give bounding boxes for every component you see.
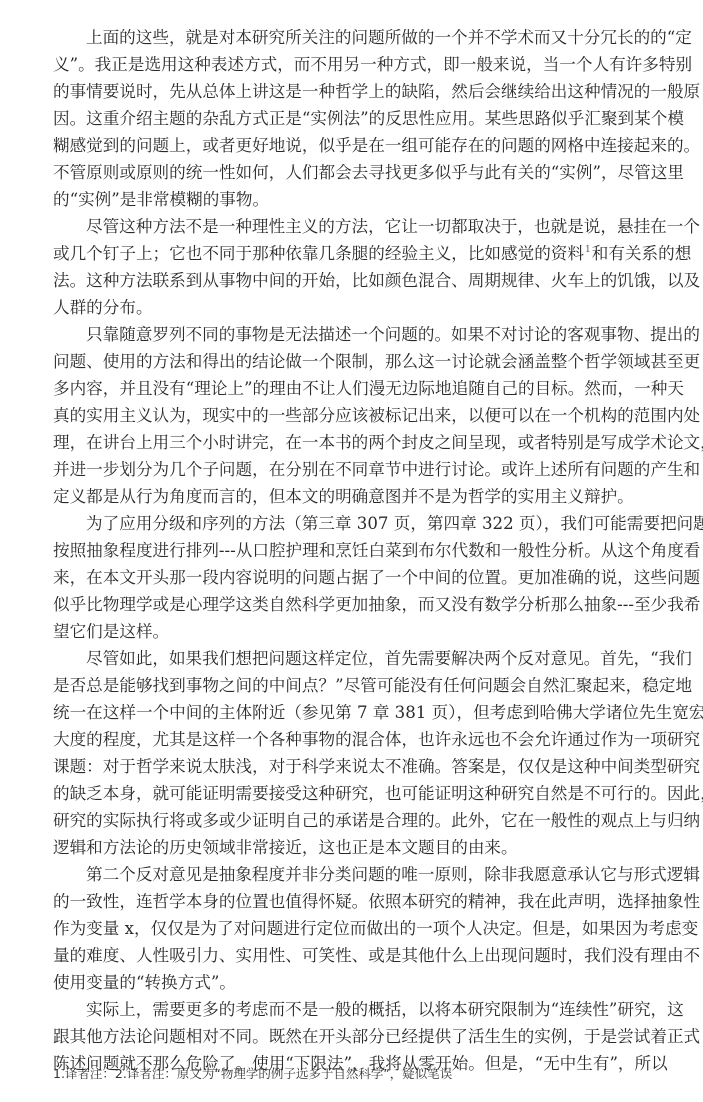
text-line: 的一致性，连哲学本身的位置也值得怀疑。依照本研究的精神，我在此声明，选择抽象性 [53,888,653,915]
paragraph-1: 上面的这些，就是对本研究所关注的问题所做的一个并不学术而又十分冗长的的“定 义”… [53,24,653,213]
text-line: 跟其他方法论问题相对不同。既然在开头部分已经提供了活生生的实例，于是尝试着正式 [53,1023,653,1050]
text-line: 的“实例”是非常模糊的事物。 [53,186,653,213]
text-line: 研究的实际执行将或多或少证明自己的承诺是合理的。此外，它在一般性的观点上与归纳 [53,807,653,834]
text-line: 法。这种方法联系到从事物中间的开始，比如颜色混合、周期规律、火车上的饥饿，以及 [53,267,653,294]
text-line: 理，在讲台上用三个小时讲完，在一本书的两个封皮之间呈现，或者特别是写成学术论文， [53,429,653,456]
paragraph-2: 尽管这种方法不是一种理性主义的方法，它让一切都取决于，也就是说，悬挂在一个 或几… [53,213,653,321]
text-line: 大度的程度，尤其是这样一个各种事物的混合体，也许永远也不会允许通过作为一项研究 [53,726,653,753]
text-line: 逻辑和方法论的历史领域非常接近，这也正是本文题目的由来。 [53,834,653,861]
footnote: 1.译者注：2.译者注：原文为“物理学的例子远多于自然科学”，疑似笔误 [53,1064,452,1082]
text-line: 义”。我正是选用这种表述方式，而不用另一种方式，即一般来说，当一个人有许多特别 [53,51,653,78]
text-line: 按照抽象程度进行排列---从口腔护理和烹饪白菜到布尔代数和一般性分析。从这个角度… [53,537,653,564]
text-line: 的事情要说时，先从总体上讲这是一种哲学上的缺陷，然后会继续给出这种情况的一般原 [53,78,653,105]
text-line: 多内容，并且没有“理论上”的理由不让人们漫无边际地追随自己的目标。然而，一种天 [53,375,653,402]
text-line-with-footnote: 或几个钉子上；它也不同于那种依靠几条腿的经验主义，比如感觉的资料1和有关系的想 [53,240,653,267]
text-line: 量的难度、人性吸引力、实用性、可笑性、或是其他什么上出现问题时，我们没有理由不 [53,942,653,969]
text-line: 尽管如此，如果我们想把问题这样定位，首先需要解决两个反对意见。首先，“我们 [53,645,653,672]
text-line: 并进一步划分为几个子问题，在分别在不同章节中进行讨论。或许上述所有问题的产生和 [53,456,653,483]
text-line: 望它们是这样。 [53,618,653,645]
text-line: 第二个反对意见是抽象程度并非分类问题的唯一原则，除非我愿意承认它与形式逻辑 [53,861,653,888]
paragraph-6: 第二个反对意见是抽象程度并非分类问题的唯一原则，除非我愿意承认它与形式逻辑 的一… [53,861,653,996]
text-line: 课题：对于哲学来说太肤浅，对于科学来说太不准确。答案是，仅仅是这种中间类型研究 [53,753,653,780]
text-line: 不管原则或原则的统一性如何，人们都会去寻找更多似乎与此有关的“实例”，尽管这里 [53,159,653,186]
paragraph-4: 为了应用分级和序列的方法（第三章 307 页，第四章 322 页），我们可能需要… [53,510,653,645]
text-line: 来，在本文开头那一段内容说明的问题占据了一个中间的位置。更加准确的说，这些问题 [53,564,653,591]
text-line: 真的实用主义认为，现实中的一些部分应该被标记出来，以便可以在一个机构的范围内处 [53,402,653,429]
text-line: 为了应用分级和序列的方法（第三章 307 页，第四章 322 页），我们可能需要… [53,510,653,537]
text-line: 定义都是从行为角度而言的，但本文的明确意图并不是为哲学的实用主义辩护。 [53,483,653,510]
document-body: 上面的这些，就是对本研究所关注的问题所做的一个并不学术而又十分冗长的的“定 义”… [53,24,653,1077]
text-line: 似乎比物理学或是心理学这类自然科学更加抽象，而又没有数学分析那么抽象---至少我… [53,591,653,618]
text-segment: 和有关系的想 [592,244,692,263]
text-line: 统一在这样一个中间的主体附近（参见第 7 章 381 页），但考虑到哈佛大学诸位… [53,699,653,726]
text-line: 是否总是能够找到事物之间的中间点？”尽管可能没有任何问题会自然汇聚起来，稳定地 [53,672,653,699]
text-line: 上面的这些，就是对本研究所关注的问题所做的一个并不学术而又十分冗长的的“定 [53,24,653,51]
paragraph-5: 尽管如此，如果我们想把问题这样定位，首先需要解决两个反对意见。首先，“我们 是否… [53,645,653,861]
text-line: 实际上，需要更多的考虑而不是一般的概括，以将本研究限制为“连续性”研究，这 [53,996,653,1023]
text-line: 问题、使用的方法和得出的结论做一个限制，那么这一讨论就会涵盖整个哲学领域甚至更 [53,348,653,375]
text-line: 的缺乏本身，就可能证明需要接受这种研究，也可能证明这种研究自然是不可行的。因此， [53,780,653,807]
footnote-reference: 1 [585,245,591,255]
text-segment: 或几个钉子上；它也不同于那种依靠几条腿的经验主义，比如感觉的资料 [53,244,584,263]
paragraph-3: 只靠随意罗列不同的事物是无法描述一个问题的。如果不对讨论的客观事物、提出的 问题… [53,321,653,510]
text-line: 作为变量 x，仅仅是为了对问题进行定位而做出的一项个人决定。但是，如果因为考虑变 [53,915,653,942]
text-line: 糊感觉到的问题上，或者更好地说，似乎是在一组可能存在的问题的网格中连接起来的。 [53,132,653,159]
text-line: 只靠随意罗列不同的事物是无法描述一个问题的。如果不对讨论的客观事物、提出的 [53,321,653,348]
text-line: 人群的分布。 [53,294,653,321]
text-line: 尽管这种方法不是一种理性主义的方法，它让一切都取决于，也就是说，悬挂在一个 [53,213,653,240]
text-line: 使用变量的“转换方式”。 [53,969,653,996]
text-line: 因。这重介绍主题的杂乱方式正是“实例法”的反思性应用。某些思路似乎汇聚到某个模 [53,105,653,132]
